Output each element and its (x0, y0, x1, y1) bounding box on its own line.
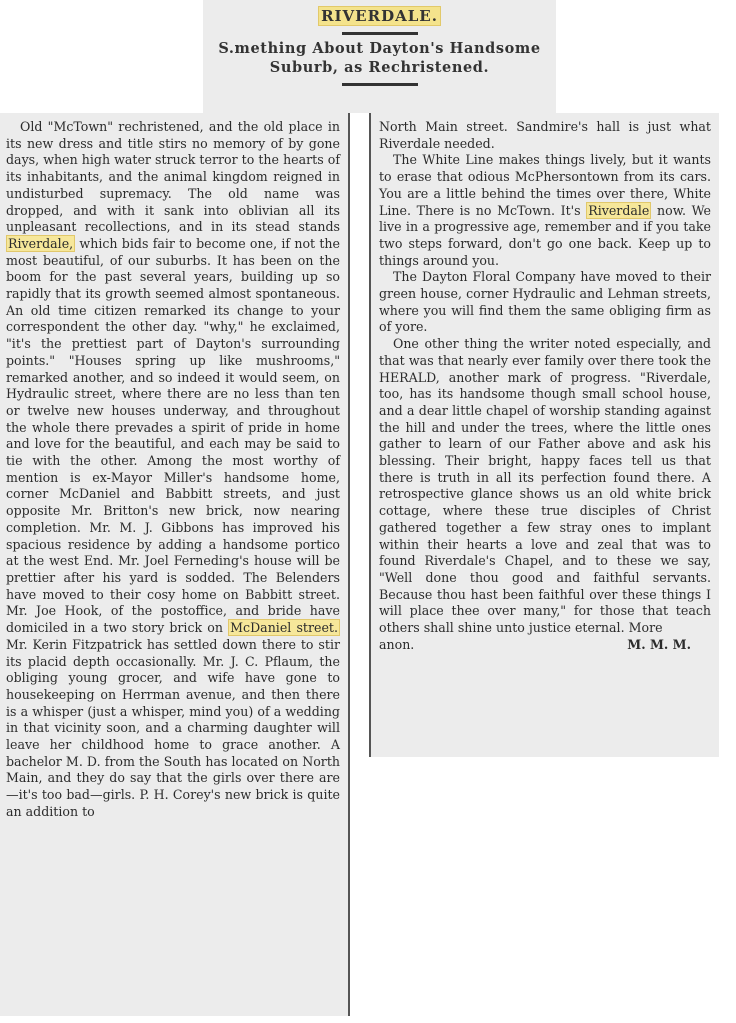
signature-line: anon. M. M. M. (379, 637, 711, 654)
text-run: Old "McTown" rechristened, and the old p… (6, 119, 340, 234)
text-run: Mr. Kerin Fitzpatrick has settled down t… (6, 637, 340, 819)
headline-rule (342, 32, 418, 35)
search-highlight: McDaniel street. (228, 619, 340, 636)
headline-title: RIVERDALE. (318, 6, 441, 26)
signature: M. M. M. (627, 637, 711, 654)
paragraph: One other thing the writer noted especia… (379, 336, 711, 637)
search-highlight: Riverdale, (6, 235, 75, 252)
article-column-2: North Main street. Sandmire's hall is ju… (369, 113, 719, 757)
search-highlight: Riverdale (586, 202, 651, 219)
paragraph: Old "McTown" rechristened, and the old p… (6, 119, 340, 821)
paragraph: The Dayton Floral Company have moved to … (379, 269, 711, 336)
headline-clipping: RIVERDALE. S.mething About Dayton's Hand… (203, 0, 556, 113)
text-run: anon. (379, 637, 414, 654)
article-column-1: Old "McTown" rechristened, and the old p… (0, 113, 350, 1016)
paragraph: The White Line makes things lively, but … (379, 152, 711, 269)
subtitle-rule (342, 83, 418, 86)
text-run: which bids fair to become one, if not th… (6, 236, 340, 635)
paragraph: North Main street. Sandmire's hall is ju… (379, 119, 711, 152)
headline-subtitle: S.mething About Dayton's Handsome Suburb… (203, 39, 556, 77)
